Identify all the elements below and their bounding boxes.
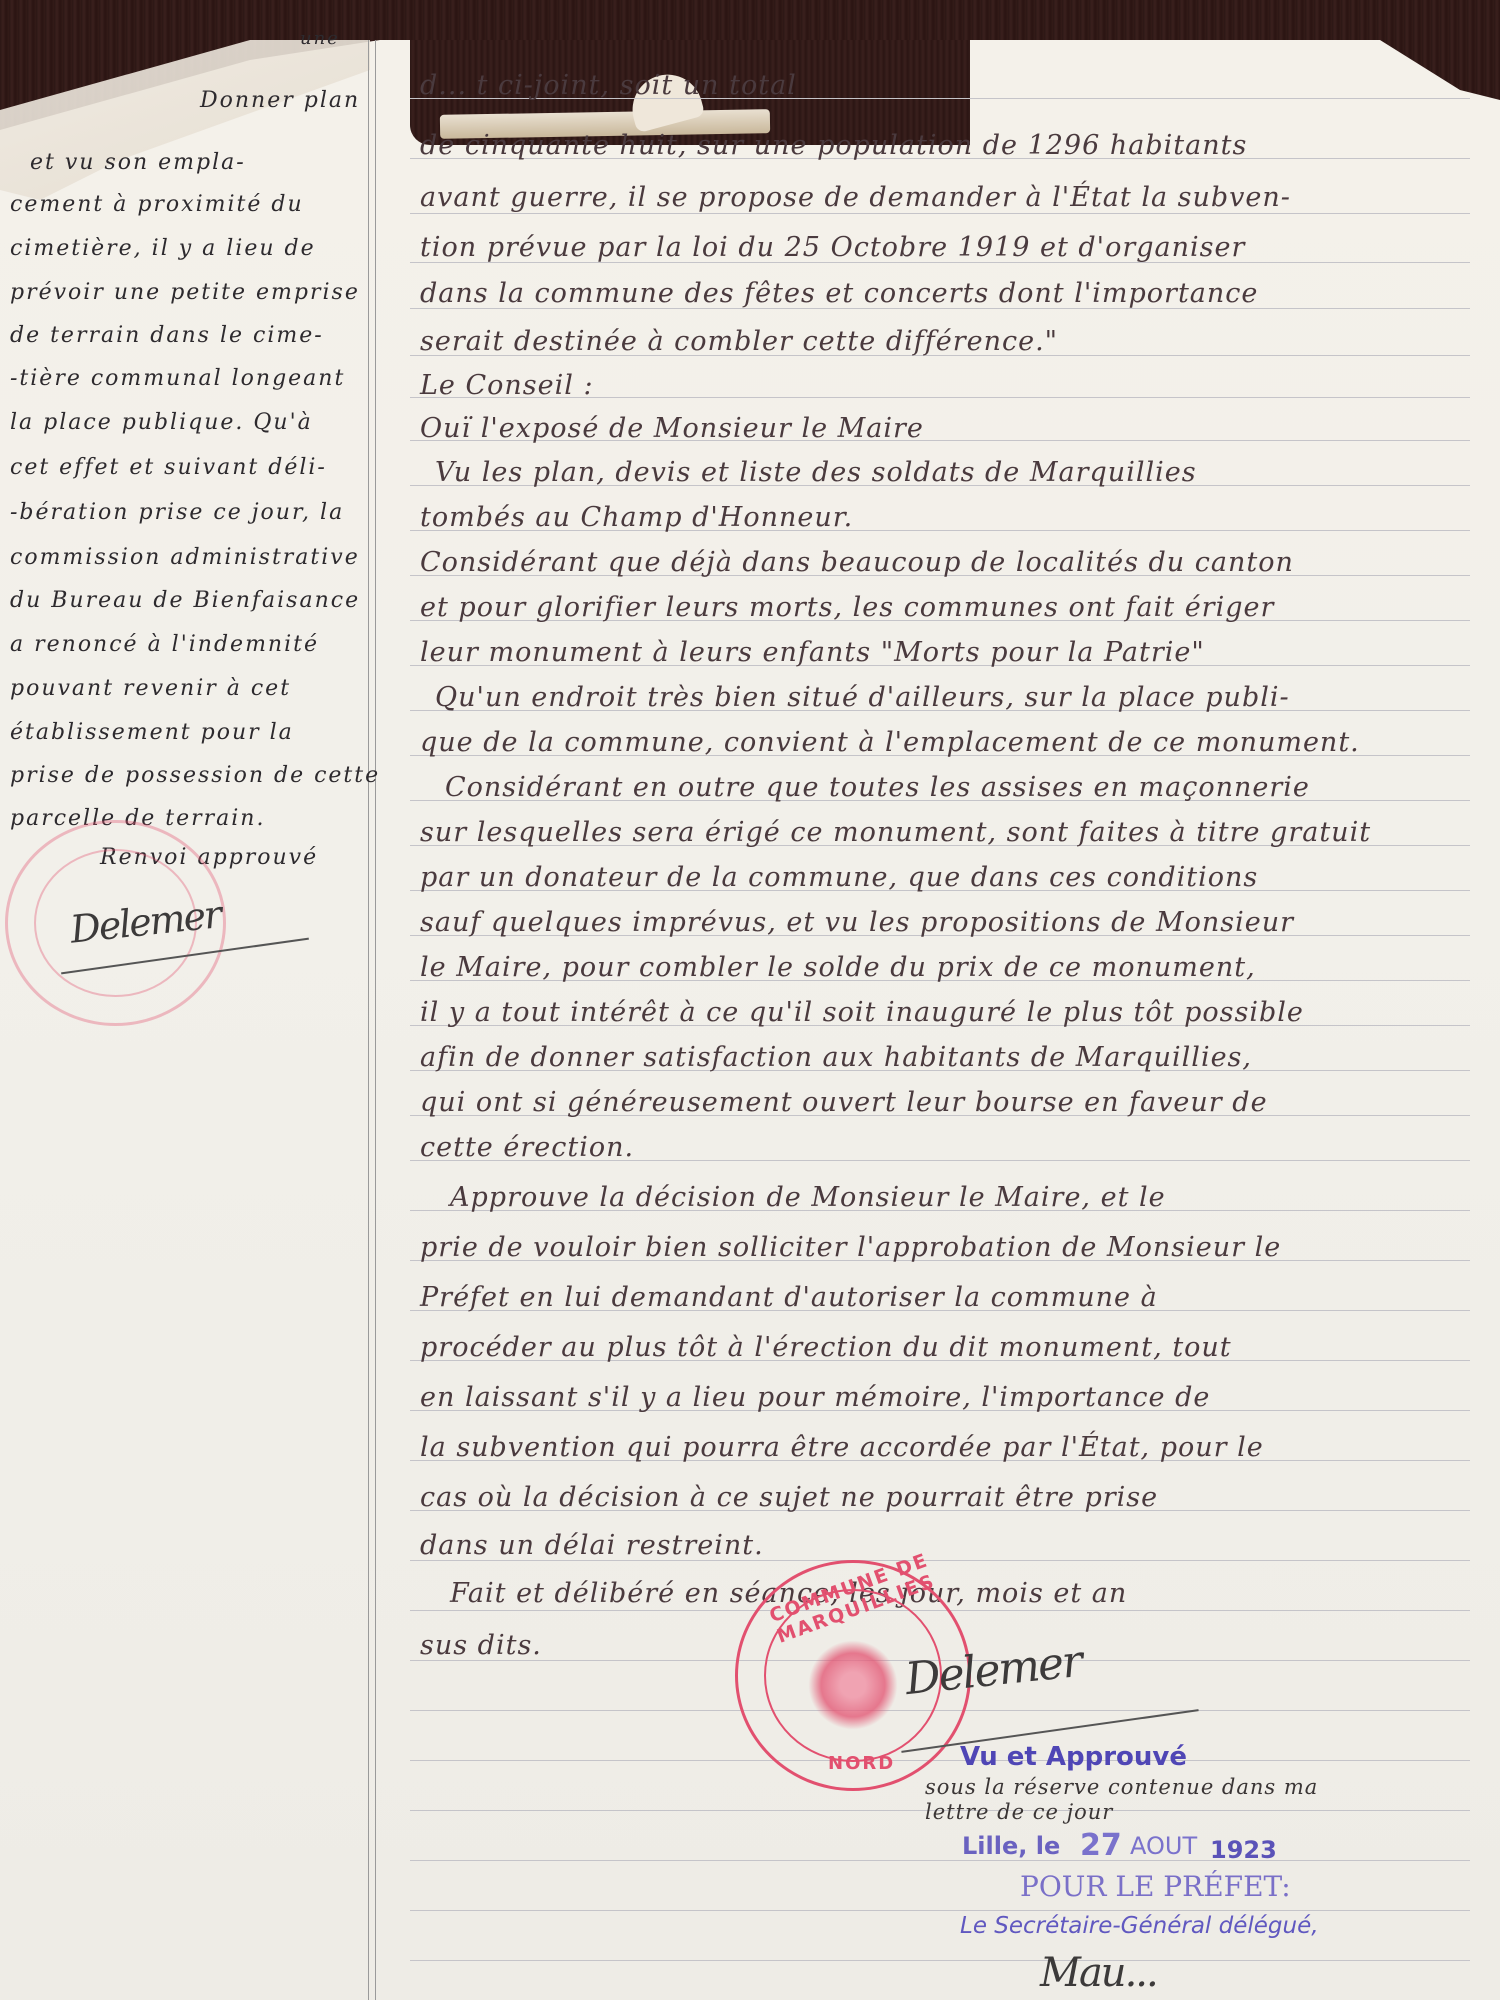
- margin-line: cement à proximité du: [10, 192, 304, 217]
- seal-text-bottom: NORD: [828, 1753, 895, 1774]
- body-line: Approuve la décision de Monsieur le Mair…: [450, 1182, 1166, 1213]
- body-line: Qu'un endroit très bien situé d'ailleurs…: [435, 682, 1290, 713]
- body-line: tion prévue par la loi du 25 Octobre 191…: [420, 232, 1245, 263]
- body-line: sur lesquelles sera érigé ce monument, s…: [420, 817, 1371, 848]
- approval-title: Vu et Approuvé: [960, 1742, 1187, 1772]
- body-line: Préfet en lui demandant d'autoriser la c…: [420, 1282, 1158, 1313]
- body-line: Considérant que déjà dans beaucoup de lo…: [420, 547, 1294, 578]
- margin-line: commission administrative: [10, 545, 360, 570]
- secretary-general: Le Secrétaire-Général délégué,: [960, 1913, 1319, 1939]
- prefect-signature: Mau...: [1040, 1950, 1157, 1996]
- approval-date-day: 27: [1080, 1828, 1122, 1863]
- body-line: prie de vouloir bien solliciter l'approb…: [420, 1232, 1281, 1263]
- body-line: Vu les plan, devis et liste des soldats …: [435, 457, 1197, 488]
- margin-line: et vu son empla-: [30, 150, 246, 175]
- body-line: avant guerre, il se propose de demander …: [420, 182, 1291, 213]
- body-line: il y a tout intérêt à ce qu'il soit inau…: [420, 997, 1304, 1028]
- body-line: qui ont si généreusement ouvert leur bou…: [420, 1087, 1268, 1118]
- body-line: le Maire, pour combler le solde du prix …: [420, 952, 1256, 983]
- approval-note-line-1: sous la réserve contenue dans ma: [925, 1775, 1318, 1799]
- body-line: Ouï l'exposé de Monsieur le Maire: [420, 413, 924, 444]
- margin-line: -bération prise ce jour, la: [10, 500, 344, 525]
- body-line: dans un délai restreint.: [420, 1530, 764, 1561]
- approval-date-month: AOUT: [1130, 1832, 1197, 1860]
- body-line: sus dits.: [420, 1630, 542, 1661]
- margin-line: a renoncé à l'indemnité: [10, 632, 319, 657]
- body-line: Considérant en outre que toutes les assi…: [445, 772, 1310, 803]
- seal-emblem-icon: [808, 1640, 898, 1730]
- for-the-prefect: POUR LE PRÉFET:: [1020, 1870, 1291, 1903]
- body-line: dans la commune des fêtes et concerts do…: [420, 278, 1258, 309]
- margin-line: une: [300, 28, 340, 49]
- approval-note-line-2: lettre de ce jour: [925, 1800, 1113, 1824]
- body-line: cette érection.: [420, 1132, 634, 1163]
- body-line: d... t ci-joint, soit un total: [420, 70, 797, 101]
- approval-date-prefix: Lille, le: [962, 1832, 1060, 1860]
- margin-line: cet effet et suivant déli-: [10, 455, 327, 480]
- body-line: et pour glorifier leurs morts, les commu…: [420, 592, 1274, 623]
- margin-line: Donner plan: [200, 88, 360, 113]
- margin-line: la place publique. Qu'à: [10, 410, 313, 435]
- body-line: en laissant s'il y a lieu pour mémoire, …: [420, 1382, 1210, 1413]
- margin-line: prévoir une petite emprise: [10, 280, 360, 305]
- body-line: que de la commune, convient à l'emplacem…: [420, 727, 1360, 758]
- body-line: procéder au plus tôt à l'érection du dit…: [420, 1332, 1232, 1363]
- margin-line: cimetière, il y a lieu de: [10, 236, 316, 261]
- margin-line: prise de possession de cette: [10, 763, 380, 788]
- body-line: de cinquante huit, sur une population de…: [420, 130, 1247, 161]
- margin-line: -tière communal longeant: [10, 366, 345, 391]
- body-line: sauf quelques imprévus, et vu les propos…: [420, 907, 1294, 938]
- margin-line: de terrain dans le cime-: [10, 323, 324, 348]
- body-line: cas où la décision à ce sujet ne pourrai…: [420, 1482, 1158, 1513]
- margin-line: pouvant revenir à cet: [10, 676, 291, 701]
- body-line: Le Conseil :: [420, 370, 594, 401]
- body-line: la subvention qui pourra être accordée p…: [420, 1432, 1264, 1463]
- body-line: tombés au Champ d'Honneur.: [420, 502, 853, 533]
- margin-line: établissement pour la: [10, 720, 294, 745]
- body-line: afin de donner satisfaction aux habitant…: [420, 1042, 1252, 1073]
- margin-rule: [368, 40, 376, 2000]
- body-line: par un donateur de la commune, que dans …: [420, 862, 1258, 893]
- body-line: serait destinée à combler cette différen…: [420, 326, 1058, 357]
- body-line: leur monument à leurs enfants "Morts pou…: [420, 637, 1205, 668]
- approval-date-year: 1923: [1210, 1836, 1277, 1864]
- margin-line: du Bureau de Bienfaisance: [10, 588, 360, 613]
